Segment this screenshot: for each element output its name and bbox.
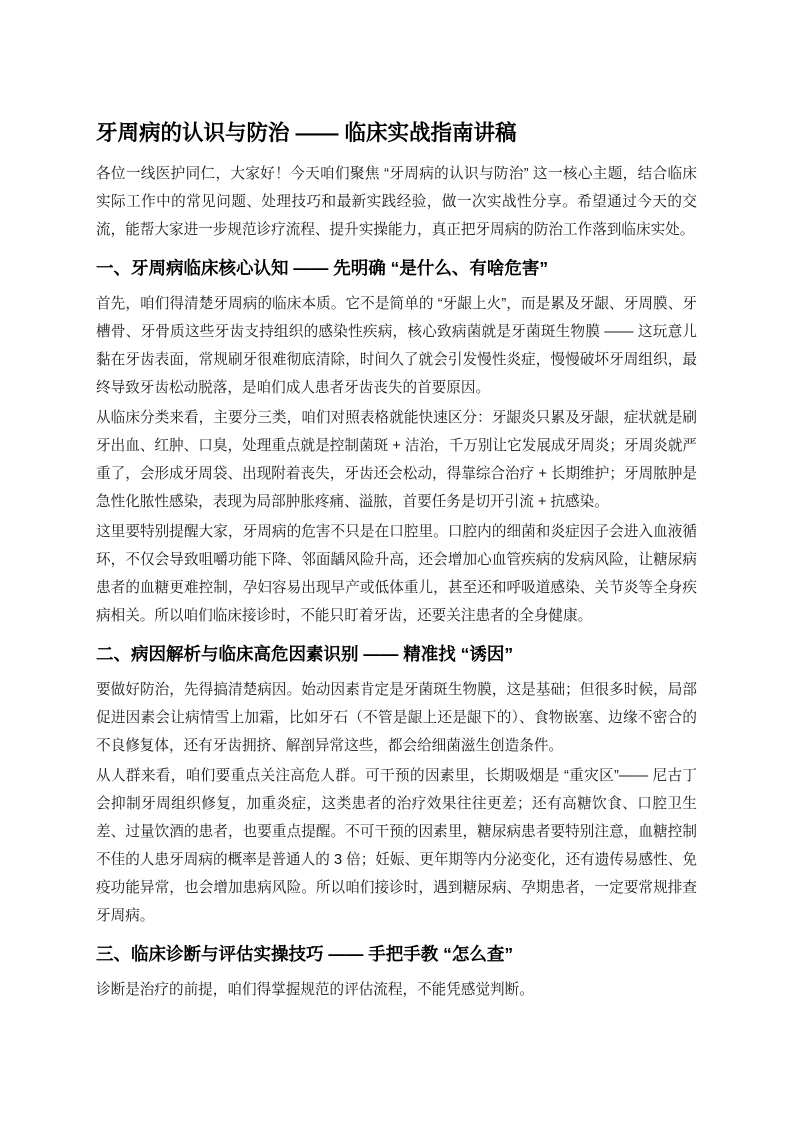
intro-paragraph: 各位一线医护同仁，大家好！今天咱们聚焦 “牙周病的认识与防治” 这一核心主题，结… (96, 160, 697, 244)
section-1-heading: 一、牙周病临床核心认知 —— 先明确 “是什么、有啥危害” (96, 255, 697, 282)
section-1-paragraph-1: 首先，咱们得清楚牙周病的临床本质。它不是简单的 “牙龈上火”，而是累及牙龈、牙周… (96, 290, 697, 402)
section-2-heading: 二、病因解析与临床高危因素识别 —— 精准找 “诱因” (96, 641, 697, 668)
document-page: 牙周病的认识与防治 —— 临床实战指南讲稿 各位一线医护同仁，大家好！今天咱们聚… (0, 0, 793, 1122)
section-2-paragraph-2: 从人群来看，咱们要重点关注高危人群。可干预的因素里，长期吸烟是 “重灾区”—— … (96, 762, 697, 930)
section-2-paragraph-1: 要做好防治，先得搞清楚病因。始动因素肯定是牙菌斑生物膜，这是基础；但很多时候，局… (96, 676, 697, 760)
section-3-heading: 三、临床诊断与评估实操技巧 —— 手把手教 “怎么查” (96, 941, 697, 968)
section-3-paragraph-1: 诊断是治疗的前提，咱们得掌握规范的评估流程，不能凭感觉判断。 (96, 976, 697, 1004)
document-title: 牙周病的认识与防治 —— 临床实战指南讲稿 (96, 118, 697, 148)
section-1-paragraph-3: 这里要特别提醒大家，牙周病的危害不只是在口腔里。口腔内的细菌和炎症因子会进入血液… (96, 518, 697, 630)
section-1-paragraph-2: 从临床分类来看，主要分三类，咱们对照表格就能快速区分：牙龈炎只累及牙龈，症状就是… (96, 404, 697, 516)
